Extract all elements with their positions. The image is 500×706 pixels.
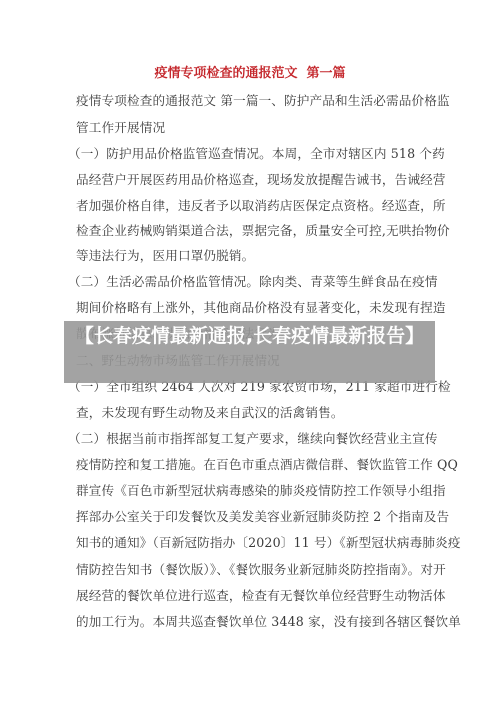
body-text-line: 等违法行为，医用口罩仍脱销。 [76,247,428,265]
body-text-line: 的加工行为。本周共巡查餐饮单位 3448 家，没有接到各辖区餐饮单 [76,613,428,631]
document-page: 疫情专项检查的通报范文 第一篇 疫情专项检查的通报范文 第一篇一、防护产品和生活… [0,0,500,706]
body-text-line: 挥部办公室关于印发餐饮及美发美容业新冠肺炎防控 2 个指南及告 [76,508,428,526]
body-text-line: 期间价格略有上涨外，其他商品价格没有显著变化，未发现有捏造 [76,299,428,317]
body-text-line: 群宣传《百色市新型冠状病毒感染的肺炎疫情防控工作领导小组指 [76,482,428,500]
body-text-line: 疫情专项检查的通报范文 第一篇一、防护产品和生活必需品价格监 [76,92,428,110]
body-text-line: 疫情防控和复工措施。在百色市重点酒店微信群、餐饮监管工作 QQ [76,456,428,474]
body-text-line: 展经营的餐饮单位进行巡查，检查有无餐饮单位经营野生动物活体 [76,587,428,605]
body-text-line: 查，未发现有野生动物及来自武汉的活禽销售。 [76,404,428,422]
body-text-line: （二）根据当前市指挥部复工复产要求，继续向餐饮经营业主宣传 [68,430,420,448]
body-text-line: 管工作开展情况 [76,119,428,137]
body-text-line: 知书的通知》（百新冠防指办〔2020〕11 号）《新型冠状病毒肺炎疫 [76,534,428,552]
body-text-line: 检查企业药械购销渠道合法，票据完备，质量安全可控,无哄抬物价 [76,222,428,240]
body-text-line: （一）防护用品价格监管巡查情况。本周，全市对辖区内 518 个药 [68,145,420,163]
document-title: 疫情专项检查的通报范文 第一篇 [0,65,500,83]
body-text-line: 品经营户开展医药用品价格巡查，现场发放提醒告诫书，告诫经营 [76,171,428,189]
body-text-line: （二）生活必需品价格监管情况。除肉类、青菜等生鲜食品在疫情 [68,273,420,291]
headline-overlay-text: 【长春疫情最新通报,长春疫情最新报告】 [64,322,435,351]
body-text-line: 者加强价格自律，违反者予以取消药店医保定点资格。经巡查，所 [76,197,428,215]
body-text-line: 情防控告知书（餐饮版）》、《餐饮服务业新冠肺炎防控指南》。对开 [76,561,428,579]
